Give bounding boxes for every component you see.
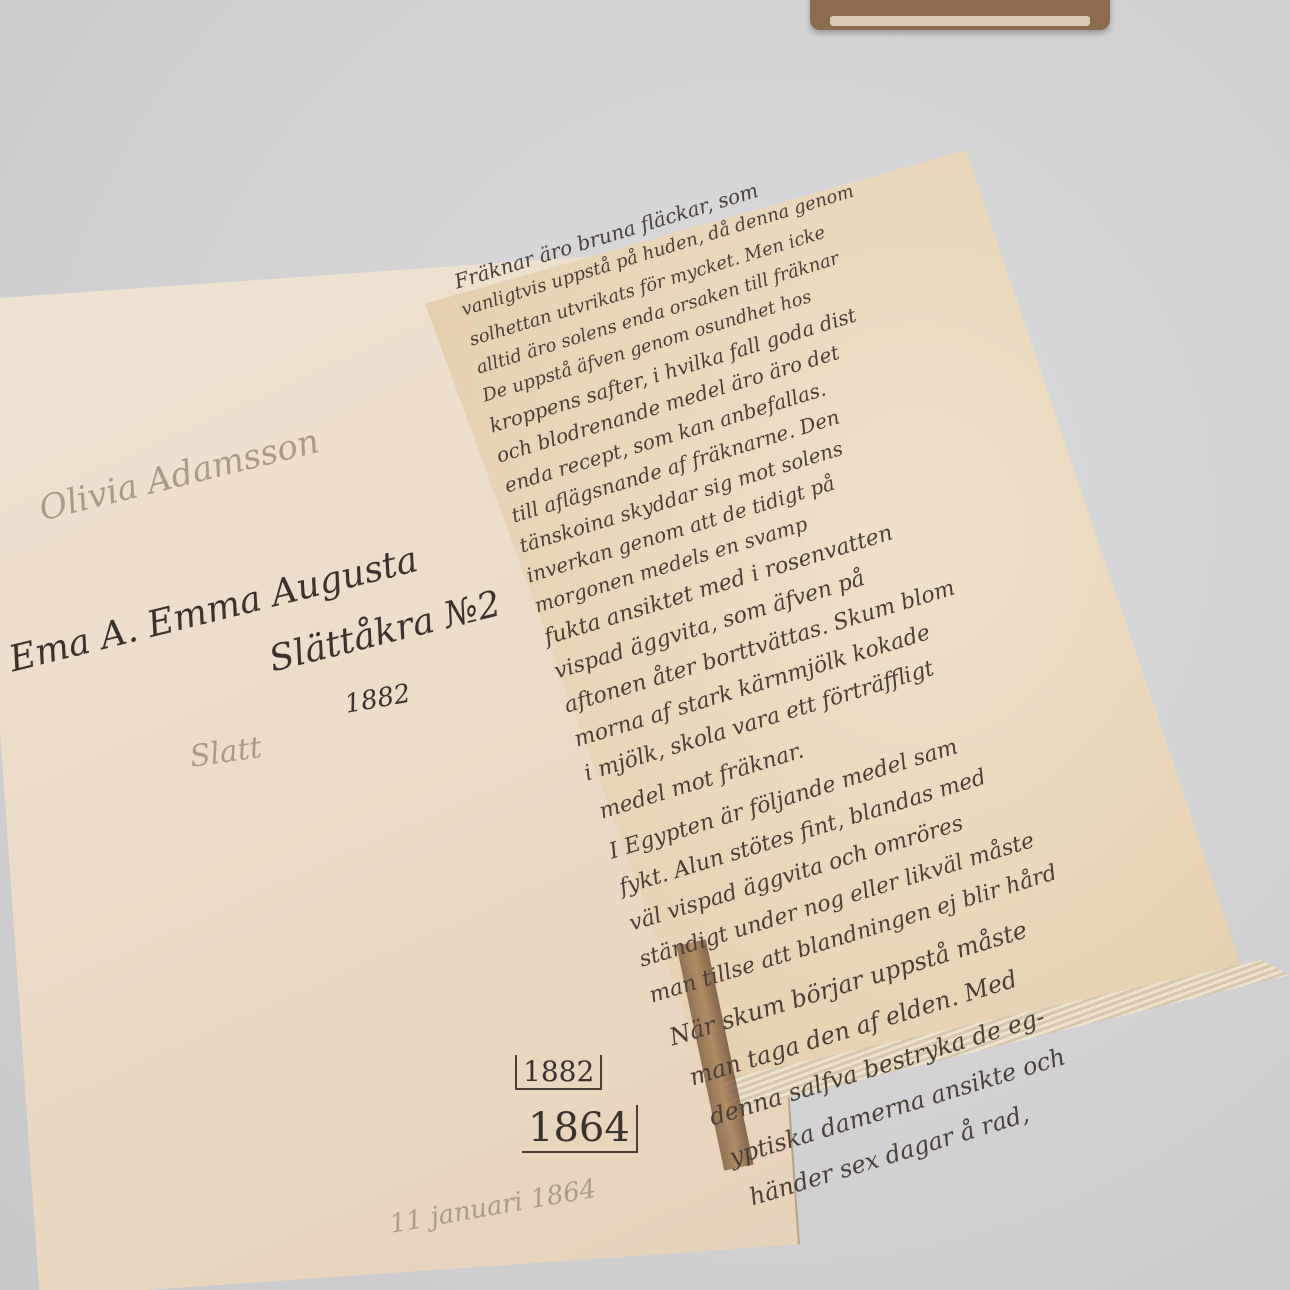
boxed-year-bottom: 1864 <box>522 1105 638 1153</box>
photo-background: Olivia Adamsson Ema A. Emma Augusta Slät… <box>0 0 1290 1290</box>
open-notebook: Olivia Adamsson Ema A. Emma Augusta Slät… <box>0 0 1290 1290</box>
boxed-year-top: 1882 <box>515 1055 602 1090</box>
